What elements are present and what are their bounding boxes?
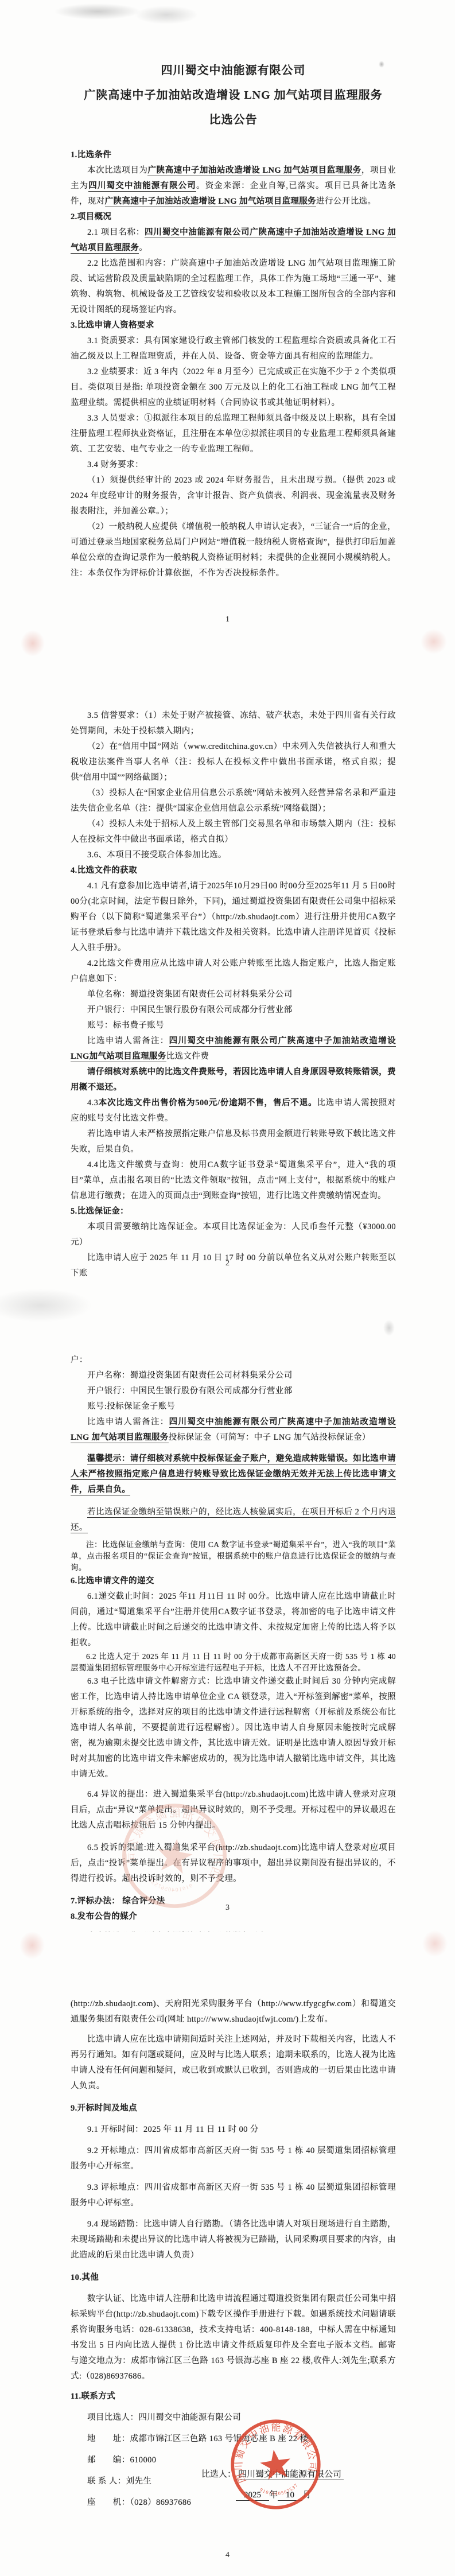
text-segment: 1.比选条件 [71, 150, 111, 160]
text-segment: 账号：标书费子账号 [87, 1021, 164, 1030]
paragraph: 项目比选人：四川蜀交中油能源有限公司 [71, 2410, 396, 2426]
text-segment: 账号:投标保证金子账号 [87, 1402, 175, 1411]
page-1-content: 四川蜀交中油能源有限公司广陕高速中子加油站改造增设 LNG 加气站项目监理服务比… [71, 59, 396, 581]
text-segment: 9.4 现场踏勘：比选申请人自行踏勘。（请各比选申请人对项目现场进行自主踏勘，未… [71, 2220, 396, 2260]
text-segment: 单位名称：蜀道投资集团有限责任公司材料集采分公司 [87, 990, 293, 999]
paragraph: 9.2 开标地点：四川省成都市高新区天府一街 535 号 1 栋 40 层蜀道集… [71, 2143, 396, 2174]
paragraph: 3.1 资质要求：具有国家建设行政主管部门核发的工程监理综合资质或具备化工石油乙… [71, 333, 396, 364]
signer-label: 比选人： [201, 2470, 236, 2479]
text-segment: 进行公开比选。 [316, 197, 376, 206]
paragraph: 3.3 人员要求：①拟派往本项目的总监理工程师须具备中级及以上职称，具有全国注册… [71, 411, 396, 457]
paragraph: 账号:投标保证金子账号 [71, 1399, 396, 1415]
page-4-content: (http://zb.shudaojt.com)、天府阳光采购服务平台（http… [71, 1996, 396, 2511]
document-page-1: 四川蜀交中油能源有限公司广陕高速中子加油站改造增设 LNG 加气站项目监理服务比… [0, 0, 455, 644]
text-segment: 比选公告 [209, 114, 258, 126]
text-segment: 2.1 项目名称： [87, 228, 145, 237]
signature-year: 2025 [236, 2490, 269, 2501]
text-segment: 四川蜀交中油能源有限公司 [161, 64, 306, 77]
paragraph: 若比选保证金缴纳至错误账户的，经比选人核验属实后，在项目开标后 2 个月内退还。 [71, 1505, 396, 1536]
text-segment: 户： [71, 1355, 88, 1365]
page-number: 1 [0, 615, 455, 624]
text-segment: 4.3 [87, 1098, 98, 1108]
text-segment: 开户银行：中国民生银行股份有限公司成都分行营业部 [87, 1005, 293, 1015]
scanned-document: 四川蜀交中油能源有限公司广陕高速中子加油站改造增设 LNG 加气站项目监理服务比… [0, 0, 455, 2576]
paragraph: 户： [71, 1353, 396, 1368]
text-segment: 2.2 比选范围和内容：广陕高速中子加油站改造增设 LNG 加气站项目监理施工阶… [71, 259, 396, 314]
text-segment: 4.1 凡有意参加比选申请者,请于2025年10月29日00 时00分至2025… [71, 881, 396, 953]
text-segment: 3.比选申请人资格要求 [71, 321, 154, 330]
paragraph: 邮 编：610000 [71, 2453, 396, 2468]
text-segment: 地 址：成都市锦江区三色路 163 号银海芯座 B 座 22 楼 [87, 2434, 308, 2443]
page-3-content: 户：开户名称：蜀道投资集团有限责任公司材料集采分公司开户银行：中国民生银行股份有… [71, 1353, 396, 1932]
paragraph: （1）须提供经审计的 2023 或 2024 年财务报告，且未出现亏损。（提供 … [71, 473, 396, 519]
paragraph: 4.3本次比选文件出售价格为500元/份逾期不售，售后不退。比选申请人需按照对应… [71, 1095, 396, 1126]
signature-block: 比选人：四川蜀交中油能源有限公司 2025年10月 [71, 2467, 396, 2503]
text-segment: 广陕高速中子加油站改造增设 LNG 加气站项目监理服务 [105, 197, 316, 207]
document-page-2: 3.5 信誉要求：（1）未处于财产被接管、冻结、破产状态，未处于四川省有关行政处… [0, 644, 455, 1288]
text-segment: 9.开标时间及地点 [71, 2104, 137, 2113]
text-segment: 本次比选项目为 [87, 166, 147, 175]
section-heading: 11.联系方式 [71, 2389, 396, 2404]
paragraph: 9.4 现场踏勘：比选申请人自行踏勘。（请各比选申请人对项目现场进行自主踏勘，未… [71, 2217, 396, 2263]
text-segment: 6.比选申请文件的递交 [71, 1576, 154, 1586]
paragraph: 数字认证、比选申请人注册和比选申请流程通过蜀道投资集团有限责任公司集中招标采购平… [71, 2291, 396, 2384]
document-title-line: 四川蜀交中油能源有限公司 [71, 59, 396, 83]
paragraph: 注：比选保证金缴纳与查询：使用 CA 数字证书登录“蜀道集采平台”，进入“我的项… [71, 1539, 396, 1573]
paragraph: 3.4 财务要求： [71, 457, 396, 473]
page-number: 2 [0, 1259, 455, 1268]
text-segment: 项目比选人：四川蜀交中油能源有限公司 [87, 2413, 241, 2422]
section-heading: 10.其他 [71, 2270, 396, 2286]
text-segment: 3.3 人员要求：①拟派往本项目的总监理工程师须具备中级及以上职称，具有全国注册… [71, 414, 396, 454]
paragraph: 3.5 信誉要求：（1）未处于财产被接管、冻结、破产状态，未处于四川省有关行政处… [71, 708, 396, 739]
signature-month: 10 [278, 2490, 302, 2501]
paragraph: （4）投标人未处于招标人及上级主管部门交易黑名单和市场禁入期内（注：投标人在投标… [71, 817, 396, 848]
paragraph: 6.4 异议的提出：进入蜀道集采平台(http://zb.shudaojt.co… [71, 1787, 396, 1833]
text-segment: 邮 编：610000 [87, 2455, 156, 2465]
paragraph: 账号：标书费子账号 [71, 1018, 396, 1033]
paragraph: 4.2比选文件费用应从比选申请人对公账户转账至比选人指定账户，比选人指定账户信息… [71, 956, 396, 987]
text-segment: 8.发布公告的媒介 [71, 1912, 137, 1921]
paragraph: 2.1 项目名称：四川蜀交中油能源有限公司广陕高速中子加油站改造增设 LNG 加… [71, 225, 396, 256]
paragraph: 9.3 评标地点：四川省成都市高新区天府一街 535 号 1 栋 40 层蜀道集… [71, 2180, 396, 2211]
paragraph: （3）投标人在“国家企业信用信息公示系统”网站未被列入经营异常名录和严重违法失信… [71, 786, 396, 817]
section-heading: 9.开标时间及地点 [71, 2101, 396, 2116]
text-segment: 3.5 信誉要求：（1）未处于财产被接管、冻结、破产状态，未处于四川省有关行政处… [71, 711, 396, 736]
paragraph: 6.1递交截止时间：2025 年11 月11日 11 时 00分。比选申请人应在… [71, 1589, 396, 1651]
text-segment: 3.6、本项目不接受联合体参加比选。 [87, 850, 227, 860]
paragraph: 6.3 电子比选申请文件解密方式：比选申请文件递交截止时间后 30 分钟内完成解… [71, 1674, 396, 1782]
paragraph: 开户银行：中国民生银行股份有限公司成都分行营业部 [71, 1003, 396, 1018]
section-heading: 4.比选文件的获取 [71, 863, 396, 879]
paragraph: 比选申请人应在比选申请期间适时关注上述网站，并及时下载相关内容，比选人不再另行通… [71, 2032, 396, 2094]
paragraph: 6.2 比选人定于 2025 年 11 月 11 日 11 时 00 分于成都市… [71, 1651, 396, 1674]
section-heading: 1.比选条件 [71, 147, 396, 163]
page-number: 3 [0, 1903, 455, 1913]
text-segment: 广陕高速中子加油站改造增设 LNG 加气站项目监理服务 [147, 166, 361, 176]
text-segment: 6.1递交截止时间：2025 年11 月11日 11 时 00分。比选申请人应在… [71, 1592, 396, 1648]
text-segment: 3.2 业绩要求：近 3 年内（2022 年 8 月至今）已完成或正在实施不少于… [71, 367, 396, 407]
paragraph: （2）一般纳税人应提供《增值税一般纳税人申请认定表》，“三证合一”后的企业，可通… [71, 519, 396, 581]
text-segment: 6.3 电子比选申请文件解密方式：比选申请文件递交截止时间后 30 分钟内完成解… [71, 1677, 396, 1779]
text-segment: 6.4 异议的提出：进入蜀道集采平台(http://zb.shudaojt.co… [71, 1790, 396, 1830]
text-segment: 本项目需要缴纳比选保证金。本项目比选保证金为：人民币叁仟元整（¥3000.00 … [71, 1222, 396, 1247]
page-2-content: 3.5 信誉要求：（1）未处于财产被接管、冻结、破产状态，未处于四川省有关行政处… [71, 708, 396, 1281]
text-segment: (http://zb.shudaojt.com)、天府阳光采购服务平台（http… [71, 1999, 396, 2024]
paragraph: 本次比选项目为广陕高速中子加油站改造增设 LNG 加气站项目监理服务，项目业主为… [71, 163, 396, 209]
paragraph: 开户名称：蜀道投资集团有限责任公司材料集采分公司 [71, 1368, 396, 1384]
text-segment: 。 [139, 243, 147, 252]
paragraph: 2.2 比选范围和内容：广陕高速中子加油站改造增设 LNG 加气站项目监理施工阶… [71, 256, 396, 318]
text-segment: 本次比选文件出售价格为500元/份逾期不售，售后不退。 [98, 1098, 317, 1108]
text-segment: （2）在“信用中国”网站（www.creditchina.gov.cn）中未列入… [71, 742, 396, 782]
text-segment: 若比选保证金缴纳至错误账户的，经比选人核验属实后，在项目开标后 2 个月内退还。 [71, 1507, 396, 1533]
text-segment: 4.2比选文件费用应从比选申请人对公账户转账至比选人指定账户，比选人指定账户信息… [71, 959, 396, 984]
text-segment: 四川蜀交中油能源有限公司 [88, 181, 196, 192]
month-label: 月 [302, 2490, 311, 2500]
text-segment: （1）须提供经审计的 2023 或 2024 年财务报告，且未出现亏损。（提供 … [71, 476, 396, 516]
section-heading: 5.比选保证金： [71, 1204, 396, 1219]
text-segment: 比选申请人应在比选申请期间适时关注上述网站，并及时下载相关内容，比选人不再另行通… [71, 2035, 396, 2091]
page-number: 4 [0, 2551, 455, 2560]
paragraph: （2）在“信用中国”网站（www.creditchina.gov.cn）中未列入… [71, 739, 396, 786]
document-title-line: 广陕高速中子加油站改造增设 LNG 加气站项目监理服务 [71, 83, 396, 108]
paragraph: 4.4比选文件缴费与查询：使用CA数字证书登录“蜀道集采平台”，进入“我的项目”… [71, 1157, 396, 1204]
text-segment: 数字认证、比选申请人注册和比选申请流程通过蜀道投资集团有限责任公司集中招标采购平… [71, 2294, 396, 2381]
text-segment: 请仔细核对系统中的比选文件费账号，若因比选申请人自身原因导致转账错误，费用概不退… [71, 1067, 396, 1092]
text-segment: 11.联系方式 [71, 2392, 115, 2401]
text-segment: 10.其他 [71, 2273, 99, 2282]
paragraph: 比选申请人需备注：四川蜀交中油能源有限公司广陕高速中子加油站改造增设 LNG 加… [71, 1415, 396, 1446]
section-heading: 3.比选申请人资格要求 [71, 318, 396, 333]
text-segment: 5.比选保证金： [71, 1207, 129, 1216]
text-segment: 比选申请人需备注： [87, 1036, 169, 1046]
text-segment: 注：比选保证金缴纳与查询：使用 CA 数字证书登录“蜀道集采平台”，进入“我的项… [71, 1540, 396, 1572]
text-segment: 3.1 资质要求：具有国家建设行政主管部门核发的工程监理综合资质或具备化工石油乙… [71, 336, 396, 361]
text-segment: 9.1 开标时间：2025 年 11 月 11 日 11 时 00 分 [87, 2125, 259, 2134]
paragraph: 4.1 凡有意参加比选申请者,请于2025年10月29日00 时00分至2025… [71, 879, 396, 956]
text-segment: 若比选申请人未严格按照指定账户信息及标书费用金额进行转账导致下载比选文件失败，后… [71, 1129, 396, 1154]
text-segment: 开户名称：蜀道投资集团有限责任公司材料集采分公司 [87, 1371, 293, 1380]
text-segment: （4）投标人未处于招标人及上级主管部门交易黑名单和市场禁入期内（注：投标人在投标… [71, 819, 396, 844]
text-segment: 4.4比选文件缴费与查询：使用CA数字证书登录“蜀道集采平台”，进入“我的项目”… [71, 1160, 396, 1200]
text-segment: 4.比选文件的获取 [71, 866, 137, 875]
signer-line: 比选人：四川蜀交中油能源有限公司 [201, 2467, 396, 2482]
text-segment: （3）投标人在“国家企业信用信息公示系统”网站未被列入经营异常名录和严重违法失信… [71, 788, 396, 813]
paragraph: (http://zb.shudaojt.com)、天府阳光采购服务平台（http… [71, 1996, 396, 2027]
section-heading: 6.比选申请文件的递交 [71, 1573, 396, 1589]
paragraph: 若比选申请人未严格按照指定账户信息及标书费用金额进行转账导致下载比选文件失败，后… [71, 1126, 396, 1157]
paragraph: 地 址：成都市锦江区三色路 163 号银海芯座 B 座 22 楼 [71, 2431, 396, 2447]
text-segment: 2.项目概况 [71, 212, 111, 222]
document-page-4: (http://zb.shudaojt.com)、天府阳光采购服务平台（http… [0, 1932, 455, 2576]
paragraph: 3.2 业绩要求：近 3 年内（2022 年 8 月至今）已完成或正在实施不少于… [71, 364, 396, 411]
signer-company: 四川蜀交中油能源有限公司 [236, 2470, 344, 2480]
text-segment: 3.4 财务要求： [87, 460, 143, 469]
paragraph: 3.6、本项目不接受联合体参加比选。 [71, 848, 396, 863]
paragraph: 开户银行：中国民生银行股份有限公司成都分行营业部 [71, 1384, 396, 1399]
signature-date-line: 2025年10月 [236, 2488, 396, 2503]
text-segment: 9.2 开标地点：四川省成都市高新区天府一街 535 号 1 栋 40 层蜀道集… [71, 2146, 396, 2171]
text-segment: 投标保证金（可简写：中子 LNG 加气站投标保证金） [169, 1433, 371, 1442]
paragraph: 比选申请人需备注：四川蜀交中油能源有限公司广陕高速中子加油站改造增设LNG加气站… [71, 1033, 396, 1064]
year-label: 年 [269, 2490, 278, 2500]
text-segment: 广陕高速中子加油站改造增设 LNG 加气站项目监理服务 [84, 89, 382, 102]
text-segment: 比选文件费 [166, 1052, 209, 1061]
text-segment: （2）一般纳税人应提供《增值税一般纳税人申请认定表》，“三证合一”后的企业，可通… [71, 522, 396, 578]
paragraph: 温馨提示：请仔细核对系统中投标保证金子账户，避免造成转账错误。如比选申请人未严格… [71, 1451, 396, 1498]
text-segment: 6.5 投诉的渠道:进入蜀道集采平台(http://zb.shudaojt.co… [71, 1843, 396, 1883]
section-heading: 2.项目概况 [71, 209, 396, 225]
text-segment: 温馨提示：请仔细核对系统中投标保证金子账户，避免造成转账错误。如比选申请人未严格… [71, 1454, 396, 1495]
text-segment: 比选申请人需备注： [87, 1417, 169, 1427]
document-title-line: 比选公告 [71, 108, 396, 133]
text-segment: 6.2 比选人定于 2025 年 11 月 11 日 11 时 00 分于成都市… [71, 1652, 396, 1672]
paragraph: 请仔细核对系统中的比选文件费账号，若因比选申请人自身原因导致转账错误，费用概不退… [71, 1064, 396, 1095]
text-segment: 开户银行：中国民生银行股份有限公司成都分行营业部 [87, 1386, 293, 1396]
paragraph: 单位名称：蜀道投资集团有限责任公司材料集采分公司 [71, 987, 396, 1003]
paragraph: 9.1 开标时间：2025 年 11 月 11 日 11 时 00 分 [71, 2122, 396, 2138]
document-page-3: 户：开户名称：蜀道投资集团有限责任公司材料集采分公司开户银行：中国民生银行股份有… [0, 1288, 455, 1932]
paragraph: 本项目需要缴纳比选保证金。本项目比选保证金为：人民币叁仟元整（¥3000.00 … [71, 1219, 396, 1250]
paragraph: 6.5 投诉的渠道:进入蜀道集采平台(http://zb.shudaojt.co… [71, 1840, 396, 1887]
text-segment: 9.3 评标地点：四川省成都市高新区天府一街 535 号 1 栋 40 层蜀道集… [71, 2183, 396, 2208]
